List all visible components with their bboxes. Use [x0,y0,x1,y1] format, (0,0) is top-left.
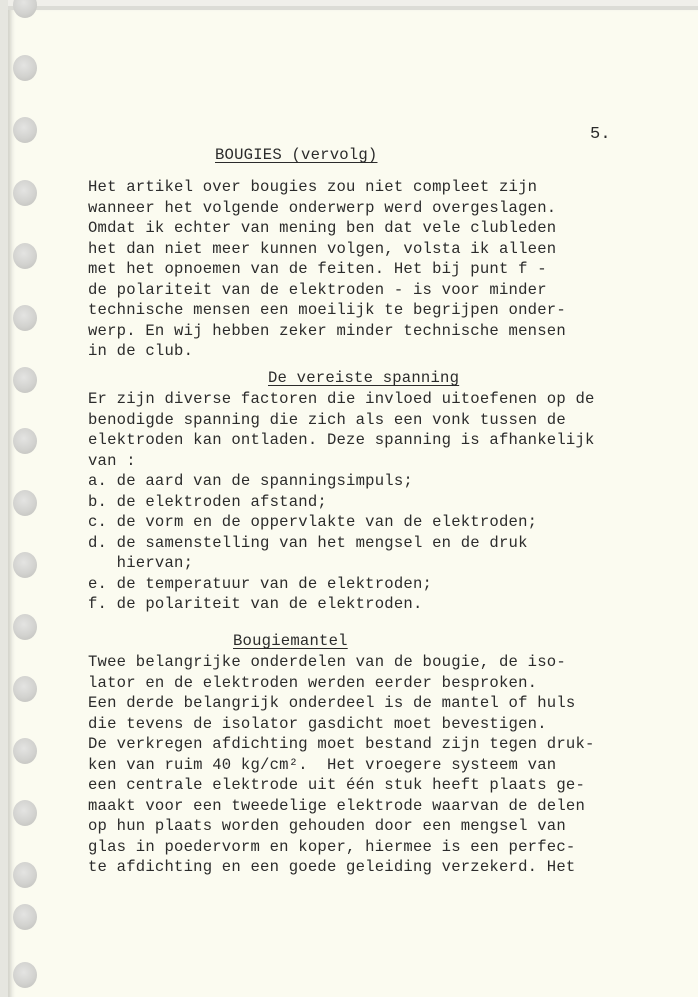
text-line: werp. En wij hebben zeker minder technis… [88,321,566,342]
punch-hole [13,367,37,393]
punch-hole [13,55,37,81]
section-paragraph-vereiste-spanning: Er zijn diverse factoren die invloed uit… [88,389,595,471]
text-line: De verkregen afdichting moet bestand zij… [88,734,595,755]
list-item: hiervan; [88,553,537,574]
section-heading-vereiste-spanning: De vereiste spanning [268,369,459,387]
punch-hole [13,305,37,331]
text-line: Twee belangrijke onderdelen van de bougi… [88,652,595,673]
intro-paragraph: Het artikel over bougies zou niet comple… [88,177,566,362]
punch-hole [13,738,37,764]
punch-hole [13,614,37,640]
punch-hole [13,180,37,206]
list-item: a. de aard van de spanningsimpuls; [88,471,537,492]
text-line: een centrale elektrode uit één stuk heef… [88,775,595,796]
text-line: Omdat ik echter van mening ben dat vele … [88,218,566,239]
text-line: het dan niet meer kunnen volgen, volsta … [88,239,566,260]
punch-hole [13,490,37,516]
text-line: ken van ruim 40 kg/cm². Het vroegere sys… [88,755,595,776]
list-item: b. de elektroden afstand; [88,492,537,513]
section-paragraph-bougiemantel: Twee belangrijke onderdelen van de bougi… [88,652,595,878]
list-item: d. de samenstelling van het mengsel en d… [88,533,537,554]
scanner-edge [0,0,8,997]
text-line: elektroden kan ontladen. Deze spanning i… [88,430,595,451]
text-line: glas in poedervorm en koper, hiermee is … [88,837,595,858]
text-line: van : [88,451,595,472]
factor-list: a. de aard van de spanningsimpuls;b. de … [88,471,537,615]
section-heading-bougiemantel: Bougiemantel [233,632,348,650]
punch-hole [13,117,37,143]
text-line: Het artikel over bougies zou niet comple… [88,177,566,198]
text-line: wanneer het volgende onderwerp werd over… [88,198,566,219]
text-line: de polariteit van de elektroden - is voo… [88,280,566,301]
text-line: lator en de elektroden werden eerder bes… [88,673,595,694]
punch-hole [13,800,37,826]
page-title: BOUGIES (vervolg) [215,146,377,164]
text-line: in de club. [88,341,566,362]
list-item: e. de temperatuur van de elektroden; [88,574,537,595]
text-line: te afdichting en een goede geleiding ver… [88,857,595,878]
punch-hole [13,862,37,888]
punch-hole [13,243,37,269]
text-line: met het opnoemen van de feiten. Het bij … [88,259,566,280]
text-line: Een derde belangrijk onderdeel is de man… [88,693,595,714]
punch-hole [13,962,37,988]
text-line: benodigde spanning die zich als een vonk… [88,410,595,431]
text-line: Er zijn diverse factoren die invloed uit… [88,389,595,410]
list-item: c. de vorm en de oppervlakte van de elek… [88,512,537,533]
text-line: op hun plaats worden gehouden door een m… [88,816,595,837]
text-line: technische mensen een moeilijk te begrij… [88,300,566,321]
punch-hole [13,904,37,930]
punch-hole [13,676,37,702]
page-number: 5. [590,125,611,144]
punch-hole [13,552,37,578]
text-line: die tevens de isolator gasdicht moet bev… [88,714,595,735]
punch-hole [13,428,37,454]
text-line: maakt voor een tweedelige elektrode waar… [88,796,595,817]
list-item: f. de polariteit van de elektroden. [88,594,537,615]
